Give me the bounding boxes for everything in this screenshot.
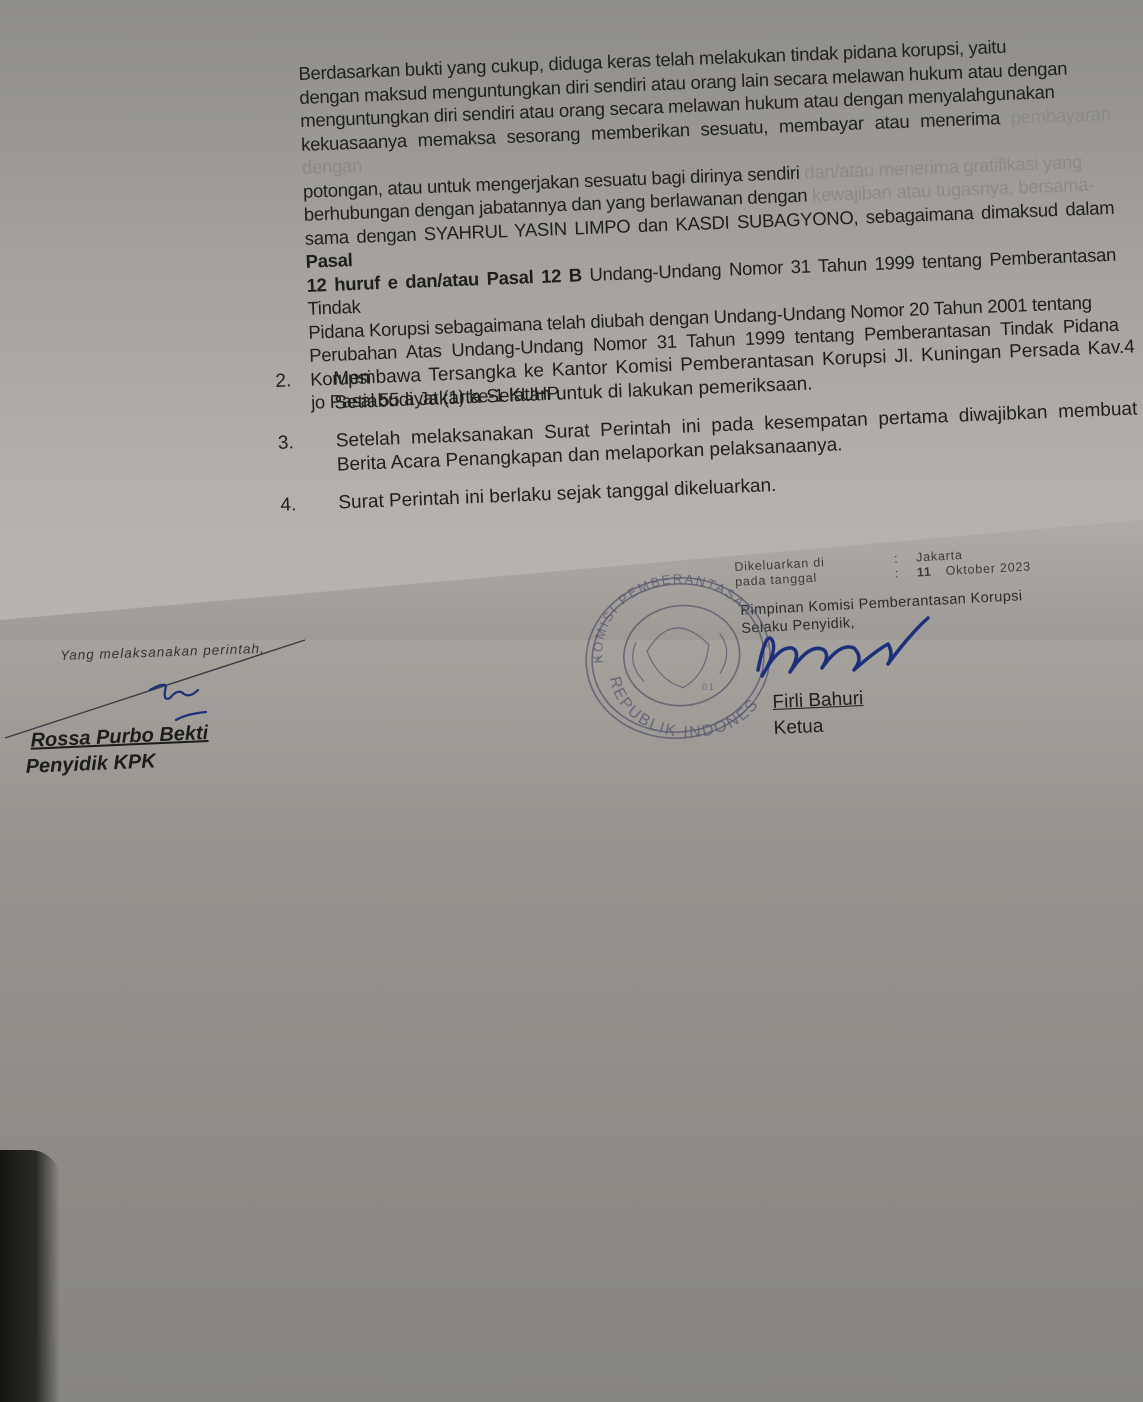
item-number: 3. — [277, 430, 337, 480]
item-number: 4. — [280, 492, 339, 518]
stamp-top-text: KOMISI PEMBERANTASAN — [590, 571, 757, 664]
hand-shadow — [0, 1150, 60, 1402]
stamp-number: 01 — [702, 682, 716, 692]
svg-text:KOMISI PEMBERANTASAN: KOMISI PEMBERANTASAN — [590, 571, 757, 664]
separator: : — [894, 550, 917, 566]
numbered-list: 2. Membawa Tersangka ke Kantor Komisi Pe… — [275, 335, 1141, 531]
signature-ketua-icon — [740, 600, 960, 690]
svg-text:*: * — [596, 653, 603, 667]
item-number: 2. — [275, 368, 335, 418]
issued-date-day: 11 — [917, 565, 933, 581]
separator: : — [895, 565, 918, 581]
bold-text: Pasal — [305, 249, 353, 272]
signer-ketua-name: Firli Bahuri — [772, 686, 864, 716]
signer-penyidik: Rossa Purbo Bekti Penyidik KPK — [24, 720, 210, 780]
signer-ketua: Firli Bahuri Ketua — [772, 686, 865, 742]
signer-ketua-title: Ketua — [773, 712, 865, 742]
